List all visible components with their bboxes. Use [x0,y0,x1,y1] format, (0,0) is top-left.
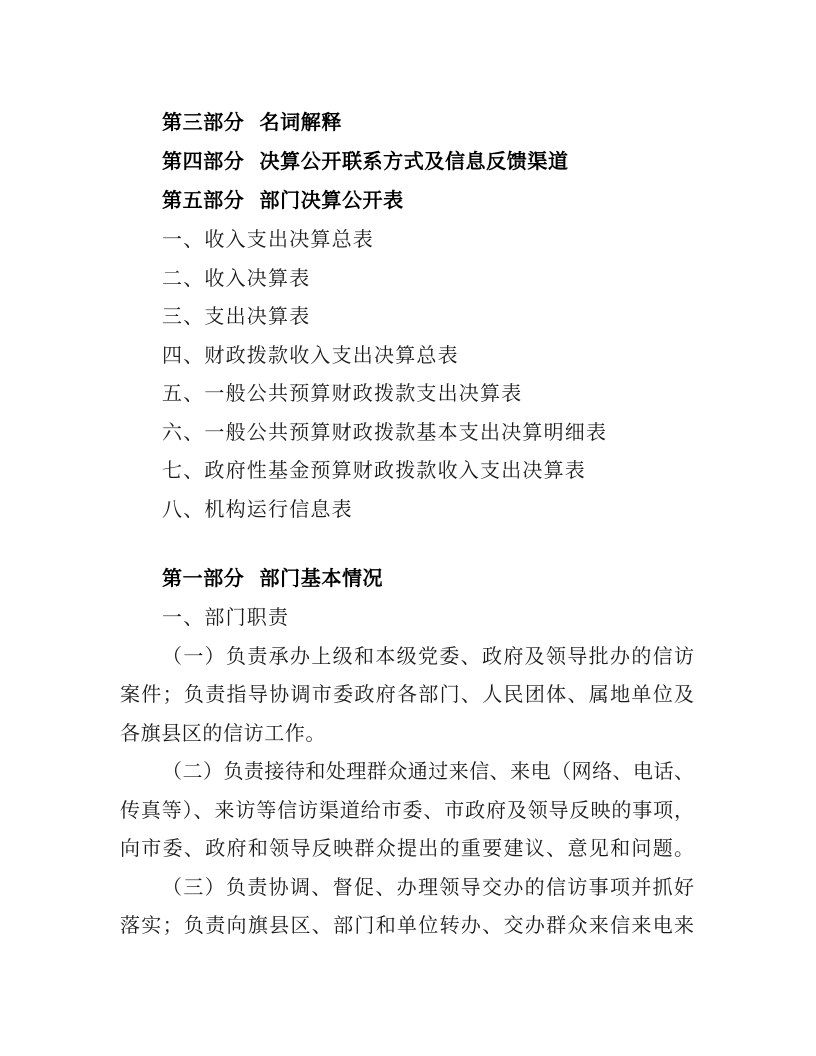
paragraph-1-line-1: （一）负责承办上级和本级党委、政府及领导批办的信访 [162,644,694,668]
toc-part-title: 部门决算公开表 [260,188,404,212]
toc-table-item: 二、收入决算表 [162,266,310,290]
paragraph-3-line-1: （三）负责协调、督促、办理领导交办的信访事项并抓好 [162,875,694,899]
toc-table-item: 六、一般公共预算财政拨款基本支出决算明细表 [162,420,607,444]
toc-part-label: 第五部分 [162,188,244,212]
paragraph-2-line-3: 向市委、政府和领导反映群众提出的重要建议、意见和问题。 [120,836,694,860]
paragraph-3-line-2: 落实；负责向旗县区、部门和单位转办、交办群众来信来电来 [120,913,694,937]
section-heading: 第一部分 部门基本情况 [162,566,383,590]
toc-part-label: 第四部分 [162,149,244,173]
toc-table-item: 四、财政拨款收入支出决算总表 [162,343,459,367]
section-title: 部门基本情况 [260,566,384,590]
toc-part-label: 第三部分 [162,110,244,134]
toc-table-item: 三、支出决算表 [162,304,310,328]
subheading: 一、部门职责 [162,605,289,629]
toc-table-item: 七、政府性基金预算财政拨款收入支出决算表 [162,458,586,482]
toc-table-item: 八、机构运行信息表 [162,497,353,521]
paragraph-1-line-2: 案件；负责指导协调市委政府各部门、人民团体、属地单位及 [120,682,694,706]
toc-table-item: 五、一般公共预算财政拨款支出决算表 [162,381,522,405]
section-label: 第一部分 [162,566,244,590]
toc-part-title: 决算公开联系方式及信息反馈渠道 [260,149,569,173]
document-page: 第三部分 名词解释 第四部分 决算公开联系方式及信息反馈渠道 第五部分 部门决算… [0,0,816,1056]
paragraph-2-line-2: 传真等）、来访等信访渠道给市委、市政府及领导反映的事项， [120,798,694,822]
toc-part-title: 名词解释 [260,110,342,134]
toc-part-3: 第三部分 名词解释 [162,110,342,134]
paragraph-1-line-3: 各旗县区的信访工作。 [120,721,326,745]
toc-table-item: 一、收入支出决算总表 [162,227,374,251]
toc-part-5: 第五部分 部门决算公开表 [162,188,404,212]
paragraph-2-line-1: （二）负责接待和处理群众通过来信、来电（网络、电话、 [162,759,694,783]
toc-part-4: 第四部分 决算公开联系方式及信息反馈渠道 [162,149,569,173]
